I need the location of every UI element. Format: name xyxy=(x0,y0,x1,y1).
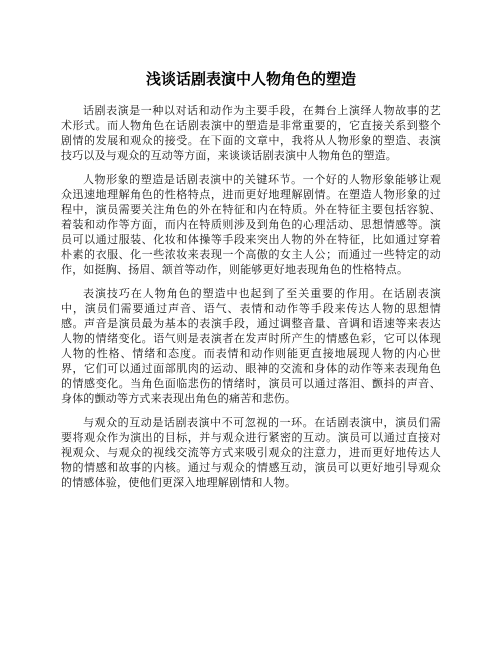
paragraph-2: 人物形象的塑造是话剧表演中的关键环节。一个好的人物形象能够让观众迅速地理解角色的… xyxy=(61,173,441,278)
paragraph-4: 与观众的互动是话剧表演中不可忽视的一环。在话剧表演中，演员们需要将观众作为演出的… xyxy=(61,416,441,491)
paragraph-3: 表演技巧在人物角色的塑造中也起到了至关重要的作用。在话剧表演中，演员们需要通过声… xyxy=(61,287,441,407)
document-page: 浅谈话剧表演中人物角色的塑造 话剧表演是一种以对话和动作为主要手段，在舞台上演绎… xyxy=(0,0,502,649)
document-content: 浅谈话剧表演中人物角色的塑造 话剧表演是一种以对话和动作为主要手段，在舞台上演绎… xyxy=(0,0,502,491)
document-title: 浅谈话剧表演中人物角色的塑造 xyxy=(61,70,441,89)
paragraph-1: 话剧表演是一种以对话和动作为主要手段，在舞台上演绎人物故事的艺术形式。而人物角色… xyxy=(61,104,441,164)
